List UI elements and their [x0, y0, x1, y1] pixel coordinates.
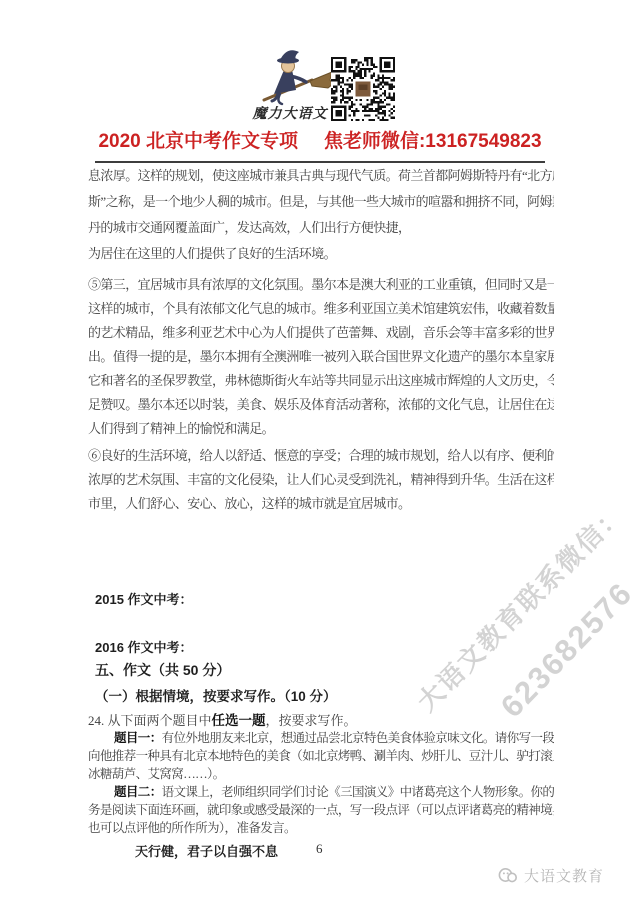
question-24: 24. 从下面两个题目中任选一题，按要求写作。: [88, 709, 357, 729]
topic-two-line: 务是阅读下面连环画，就印象或感受最深的一点，写一段点评（可以点评诸葛亮的精神境界…: [88, 801, 554, 819]
topic-two-line: 题目二：语文课上，老师组织同学们讨论《三国演义》中诸葛亮这个人物形象。你的任: [88, 783, 554, 801]
question-24-suffix: ，按要求写作。: [266, 713, 357, 728]
witch-logo: [250, 50, 334, 106]
topic-one-line: 冰糖葫芦、艾窝窝……）。: [88, 765, 554, 783]
heading-2016-exam: 2016 作文中考：: [95, 637, 193, 656]
paragraph-line: 为居住在这里的人们提供了良好的生活环境。: [88, 241, 554, 267]
topic-one-text: 有位外地朋友来北京，想通过品尝北京特色美食体验京味文化。请你写一段话，: [162, 731, 554, 745]
paragraph-city-planning: 息浓厚。这样的规划，使这座城市兼具古典与现代气质。荷兰首都阿姆斯特丹有“北方威尼…: [88, 163, 554, 267]
paragraph-line: 浓厚的艺术氛围、丰富的文化侵染，让人们心灵受到洗礼，精神得到升华。生活在这样的城: [88, 468, 554, 492]
paragraph-line: 丹的城市交通网覆盖面广，发达高效，人们出行方便快捷，: [88, 215, 554, 241]
paragraph-line: ⑥良好的生活环境，给人以舒适、惬意的享受；合理的城市规划，给人以有序、便利的感觉…: [88, 444, 554, 468]
brand-icon: [498, 866, 518, 884]
topic-two-line: 也可以点评他的所作所为），准备发言。: [88, 819, 554, 837]
paragraph-line: 的艺术精品，维多利亚艺术中心为人们提供了芭蕾舞、戏剧，音乐会等丰富多彩的世界级演: [88, 321, 554, 345]
qr-code-image: [331, 56, 395, 122]
footer-motto: 天行健，君子以自强不息: [135, 841, 278, 860]
page-number: 6: [316, 841, 323, 857]
watermark-wechat-number: 623682576: [476, 557, 640, 743]
topic-one-line: 向他推荐一种具有北京本地特色的美食（如北京烤鸭、涮羊肉、炒肝儿、豆汁儿、驴打滚儿…: [88, 747, 554, 765]
brand-footer: 大语文教育: [498, 862, 638, 888]
question-24-choose-one: 任选一题: [212, 713, 266, 728]
paragraph-line: 它和著名的圣保罗教堂，弗林德斯街火车站等共同显示出这座城市辉煌的人文历史，令人驻: [88, 369, 554, 393]
brand-name: 大语文教育: [524, 865, 604, 886]
paragraph-line: 斯”之称，是一个地少人稠的城市。但是，与其他一些大城市的喧嚣和拥挤不同，阿姆斯特: [88, 189, 554, 215]
banner-title: 2020 北京中考作文专项焦老师微信:13167549823: [0, 126, 640, 153]
question-24-prefix: 24. 从下面两个题目中: [88, 713, 212, 728]
heading-2015-exam: 2015 作文中考：: [95, 589, 193, 608]
topic-two-block: 题目二：语文课上，老师组织同学们讨论《三国演义》中诸葛亮这个人物形象。你的任 务…: [88, 783, 554, 837]
scanned-document-page: { "colors": { "accent_red": "#cc2222", "…: [0, 0, 640, 906]
paragraph-line: 人们得到了精神上的愉悦和满足。: [88, 417, 554, 441]
topic-one-block: 题目一：有位外地朋友来北京，想通过品尝北京特色美食体验京味文化。请你写一段话， …: [88, 729, 554, 783]
qr-code: [331, 56, 395, 122]
paragraph-line: ⑤第三，宜居城市具有浓厚的文化氛围。墨尔本是澳大利亚的工业重镇，但同时又是一 ，: [88, 273, 554, 297]
paragraph-line: 出。值得一提的是，墨尔本拥有全澳洲唯一被列入联合国世界文化遗产的墨尔本皇家展览馆…: [88, 345, 554, 369]
topic-two-label: 题目二：: [114, 785, 162, 799]
topic-one-line: 题目一：有位外地朋友来北京，想通过品尝北京特色美食体验京味文化。请你写一段话，: [88, 729, 554, 747]
banner-wechat-contact: 焦老师微信:13167549823: [324, 131, 542, 152]
logo-caption: 魔力大语文: [242, 103, 338, 123]
paragraph-line: 足赞叹。墨尔本还以时装，美食、娱乐及体育活动著称，浓郁的文化气息，让居住在这里的: [88, 393, 554, 417]
topic-two-text: 语文课上，老师组织同学们讨论《三国演义》中诸葛亮这个人物形象。你的任: [162, 785, 554, 799]
paragraph-livable-city-summary: ⑥良好的生活环境，给人以舒适、惬意的享受；合理的城市规划，给人以有序、便利的感觉…: [88, 444, 554, 516]
witch-logo-drawing: [250, 50, 334, 106]
topic-one-label: 题目一：: [114, 731, 162, 745]
heading-subsection-one: （一）根据情境，按要求写作。（10 分）: [95, 685, 337, 705]
banner-course-title: 2020 北京中考作文专项: [98, 131, 298, 152]
paragraph-melbourne-culture: ⑤第三，宜居城市具有浓厚的文化氛围。墨尔本是澳大利亚的工业重镇，但同时又是一 ，…: [88, 273, 554, 441]
paragraph-line: 息浓厚。这样的规划，使这座城市兼具古典与现代气质。荷兰首都阿姆斯特丹有“北方威尼: [88, 163, 554, 189]
heading-section-five: 五、作文（共 50 分）: [95, 660, 230, 680]
paragraph-line: 这样的城市，个具有浓郁文化气息的城市。维多利亚国立美术馆建筑宏伟，收藏着数量众多: [88, 297, 554, 321]
paragraph-line: 市里，人们舒心、安心、放心，这样的城市就是宜居城市。: [88, 492, 554, 516]
